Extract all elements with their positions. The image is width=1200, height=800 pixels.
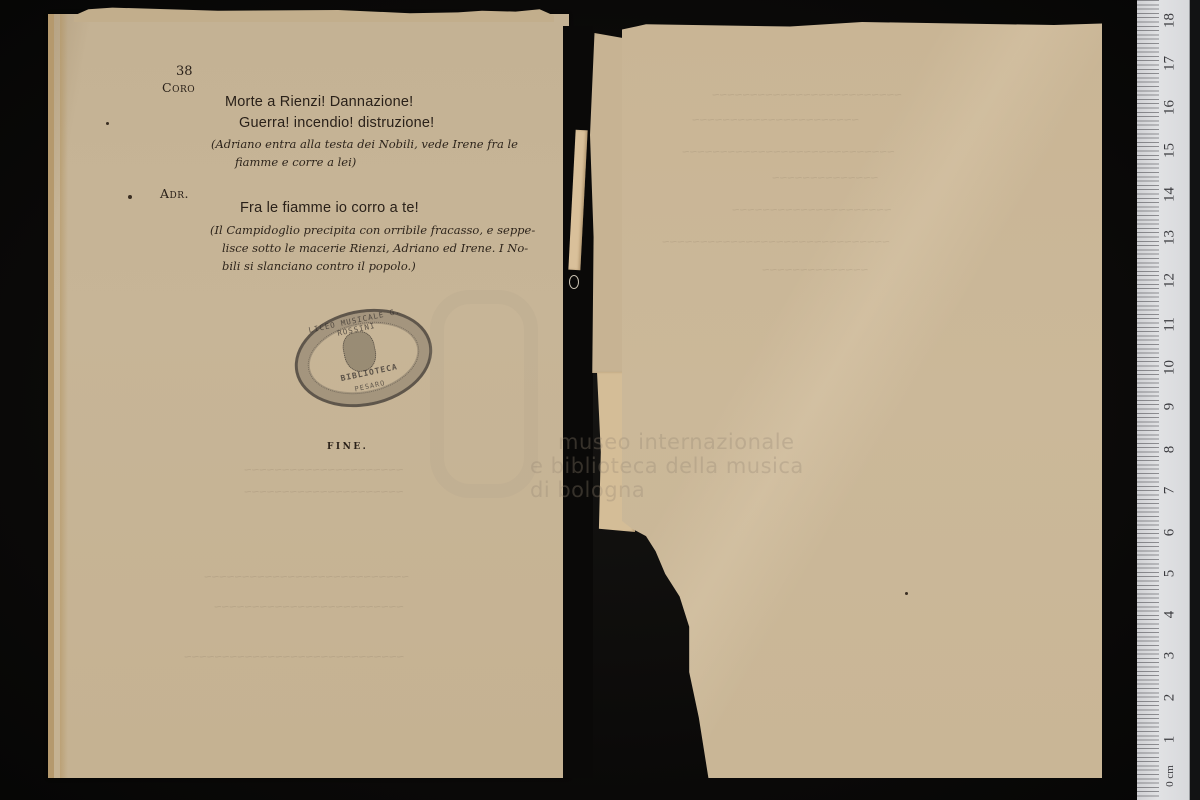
show-through-text: ~~~~~~~~~~~~~~~~~~~~~~~~~~~ [204,569,409,584]
stage-direction-2-line-2: lisce sotto le macerie Rienzi, Adriano e… [210,239,535,257]
ruler-label: 5 [1162,559,1179,589]
paper-speck [905,592,908,595]
ruler-label: 3 [1162,641,1179,671]
speaker-adriano: Adr. [160,186,189,201]
ruler-label: 2 [1162,683,1179,713]
show-through-text: ~~~~~~~~~~~~~~~~~~~~~~~~~~~~ [682,144,895,159]
page-number: 38 [176,64,193,79]
show-through-text: ~~~~~~~~~~~~~~~~~~~~~~~~~ [712,87,902,102]
show-through-text: ~~~~~~~~~~~~~~~~~~~~~~~~~~~~~~ [662,234,890,249]
verse-line-2: Guerra! incendio! distruzione! [239,115,434,131]
stage-direction-1: (Adriano entra alla testa dei Nobili, ve… [211,135,518,171]
ruler-label: 13 [1162,223,1179,253]
stage-direction-2-line-1: (Il Campidoglio precipita con orribile f… [210,223,535,237]
ruler-label: 8 [1162,435,1179,465]
paper-speck [106,122,109,125]
ruler-label: 15 [1162,136,1179,166]
library-stamp: LICEO MUSICALE G. ROSSINI BIBLIOTECA PES… [286,297,442,420]
show-through-text: ~~~~~~~~~~~~~~ [772,170,878,185]
end-mark: FINE. [327,442,368,452]
show-through-text: ~~~~~~~~~~~~~~ [762,262,868,277]
show-through-text: ~~~~~~~~~~~~~~~~~~~~~ [244,462,403,477]
ruler-label: 4 [1162,600,1179,630]
stage-direction-1-line-1: (Adriano entra alla testa dei Nobili, ve… [211,137,518,151]
ruler-unit-label: 0 cm [1164,761,1176,791]
show-through-text: ~~~~~~~~~~~~~~~~~~~~~ [732,202,891,217]
stage-direction-1-line-2: fiamme e corre a lei) [211,153,518,171]
ruler-label: 9 [1162,392,1179,422]
binding-thread [569,275,579,289]
verse-line-1: Morte a Rienzi! Dannazione! [225,94,413,110]
ruler-ticks [1137,0,1159,800]
stage-direction-2: (Il Campidoglio precipita con orribile f… [210,221,535,275]
verse-line-adriano: Fra le fiamme io corro a te! [240,200,419,216]
watermark-line-1: museo internazionale [530,430,850,454]
show-through-text: ~~~~~~~~~~~~~~~~~~~~~~ [692,112,859,127]
watermark-line-3: di bologna [530,478,850,502]
scanner-edge [1190,0,1200,800]
measuring-ruler: 18 17 16 15 14 13 12 11 10 9 8 7 6 5 4 3… [1137,0,1191,800]
ruler-label: 18 [1162,6,1179,36]
watermark-logo [430,290,538,498]
ruler-label: 6 [1162,518,1179,548]
ruler-label: 7 [1162,476,1179,506]
ruler-label: 16 [1162,93,1179,123]
paper-speck [128,195,132,199]
ruler-label: 11 [1162,310,1179,340]
ruler-label: 1 [1162,725,1179,755]
ruler-label: 12 [1162,266,1179,296]
ruler-label: 14 [1162,180,1179,210]
watermark: museo internazionale e biblioteca della … [530,430,850,502]
show-through-text: ~~~~~~~~~~~~~~~~~~~~~~~~~ [214,599,404,614]
ruler-label: 10 [1162,353,1179,383]
ruler-label: 17 [1162,49,1179,79]
watermark-line-2: e biblioteca della musica [530,454,850,478]
speaker-coro: Coro [162,80,195,95]
show-through-text: ~~~~~~~~~~~~~~~~~~~~~ [244,484,403,499]
stage-direction-2-line-3: bili si slanciano contro il popolo.) [210,257,535,275]
right-page: ~~~~~~~~~~~~~~~~~~~~~~~~~ ~~~~~~~~~~~~~~… [622,22,1102,778]
show-through-text: ~~~~~~~~~~~~~~~~~~~~~~~~~~~~~ [184,649,404,664]
